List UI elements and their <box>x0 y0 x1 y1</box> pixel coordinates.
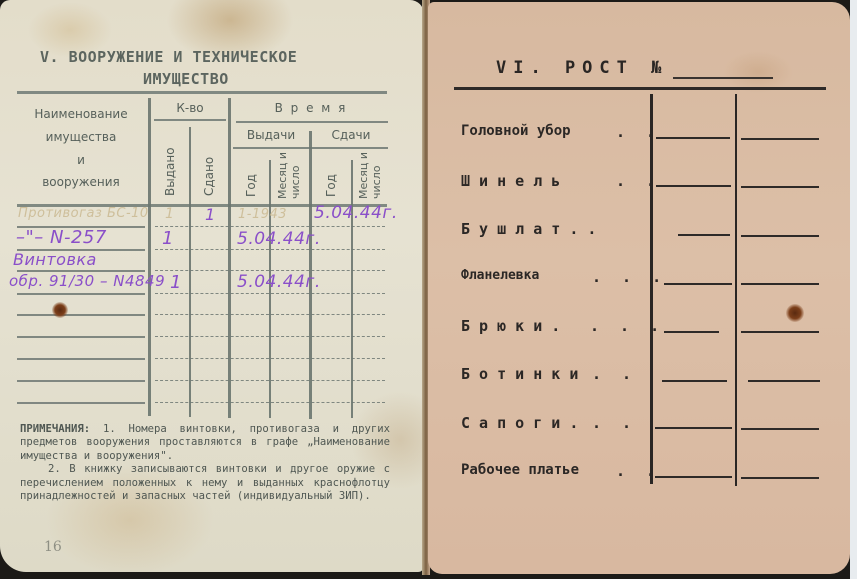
header-qty-returned: Сдано <box>202 157 216 196</box>
entry-line <box>656 137 730 139</box>
row-rule <box>17 293 145 295</box>
page-number: 16 <box>44 539 62 555</box>
item-flannel-shirt: Фланелевка <box>461 268 539 283</box>
left-page-armament: V. ВООРУЖЕНИЕ И ТЕХНИЧЕСКОЕ ИМУЩЕСТВО На… <box>0 0 424 572</box>
stain-mark <box>786 304 804 322</box>
col-divider-2 <box>735 94 737 486</box>
row2-issued: 1 <box>162 228 174 249</box>
header-return-month-day: Месяц и число <box>357 149 383 199</box>
row-rule <box>17 358 145 360</box>
entry-line <box>655 476 732 478</box>
item-boots-low: Б о т и н к и <box>461 365 578 383</box>
row-rule-dashed <box>155 293 385 294</box>
col-divider-qty <box>189 127 191 417</box>
entry-line <box>748 380 820 382</box>
stain-mark <box>52 302 68 318</box>
item-high-boots: С а п о г и . <box>461 414 578 432</box>
row-rule <box>17 380 145 382</box>
row-rule <box>17 336 145 338</box>
row1-issued: 1 <box>165 206 174 222</box>
notes-label: ПРИМЕЧАНИЯ: <box>20 423 90 435</box>
header-name-line1: Наименование <box>26 107 136 121</box>
entry-line <box>664 283 732 285</box>
row2-name: –"– N-257 <box>16 227 107 248</box>
row-rule <box>17 402 145 404</box>
section-title-line1: V. ВООРУЖЕНИЕ И ТЕХНИЧЕСКОЕ <box>40 48 297 66</box>
scan-background <box>850 0 857 579</box>
section-title-line2: ИМУЩЕСТВО <box>143 70 229 88</box>
row4-issued: 1 <box>170 272 182 293</box>
entry-line <box>741 138 819 140</box>
col-divider-time <box>228 98 231 418</box>
row-rule-dashed <box>155 380 385 381</box>
header-issue: Выдачи <box>234 128 308 142</box>
section-title-size: VI. РОСТ № <box>496 58 668 78</box>
entry-line <box>656 185 731 187</box>
row-rule-dashed <box>155 402 385 403</box>
item-greatcoat: Ш и н е л ь <box>461 172 560 190</box>
row4-name: обр. 91/30 – N4849 <box>9 272 165 290</box>
header-issue-year: Год <box>244 174 258 197</box>
row1-name: Противогаз БС-10 <box>18 206 149 221</box>
entry-line <box>741 477 819 479</box>
leader-dots: . . <box>592 365 637 383</box>
entry-line <box>664 331 719 333</box>
leader-dots: . . <box>616 172 661 190</box>
header-return: Сдачи <box>314 128 388 142</box>
entry-line <box>655 427 732 429</box>
row-rule-dashed <box>155 314 385 315</box>
entry-line <box>741 428 819 430</box>
row-rule-dashed <box>155 270 385 271</box>
row3-name: Винтовка <box>13 250 97 269</box>
item-trousers: Б р ю к и . <box>461 317 560 335</box>
row-rule-dashed <box>155 336 385 337</box>
row2-issue-date: 5.04.44г. <box>237 229 321 249</box>
row4-issue-date: 5.04.44г. <box>237 272 321 292</box>
row1-returned: 1 <box>205 205 216 224</box>
note-2: 2. В книжку записываются винтовки и друг… <box>20 463 390 503</box>
item-headwear: Головной убор <box>461 123 571 139</box>
header-issue-month-day: Месяц и число <box>276 149 302 199</box>
qty-group-rule <box>154 119 226 121</box>
header-name-line3: и <box>26 153 136 167</box>
header-qty: К-во <box>155 101 225 115</box>
header-name-line2: имущества <box>26 130 136 144</box>
col-divider-1 <box>650 94 653 484</box>
time-group-rule <box>236 121 388 123</box>
entry-line <box>741 331 819 333</box>
row-rule <box>17 314 145 316</box>
table-top-rule <box>17 91 387 94</box>
row-rule-dashed <box>155 358 385 359</box>
row-rule-dashed <box>155 226 385 227</box>
notes-block: ПРИМЕЧАНИЯ: 1. Номера винтовки, противог… <box>20 423 390 503</box>
entry-line <box>662 380 727 382</box>
leader-dots: . . . <box>592 268 667 286</box>
title-rule <box>454 87 826 90</box>
leader-dots: . . . <box>590 317 665 335</box>
item-work-clothes: Рабочее платье <box>461 462 579 478</box>
leader-dots: . . <box>592 414 637 432</box>
item-peacoat: Б у ш л а т . . <box>461 220 596 238</box>
header-name-line4: вооружения <box>26 175 136 189</box>
leader-dots: . . <box>616 123 661 141</box>
header-return-year: Год <box>324 174 338 197</box>
header-qty-issued: Выдано <box>163 147 177 196</box>
header-time: В р е м я <box>236 101 386 115</box>
right-page-size: VI. РОСТ № Головной убор . . Ш и н е л ь… <box>428 2 850 574</box>
entry-line <box>741 235 819 237</box>
col-divider-name <box>148 98 151 416</box>
row1-return-date: 5.04.44г. <box>314 203 398 223</box>
row1-issue-date: 1-1943 <box>238 207 287 222</box>
size-number-blank <box>673 77 773 79</box>
entry-line <box>741 283 819 285</box>
row-rule-dashed <box>155 249 385 250</box>
entry-line <box>678 234 730 236</box>
entry-line <box>741 186 819 188</box>
